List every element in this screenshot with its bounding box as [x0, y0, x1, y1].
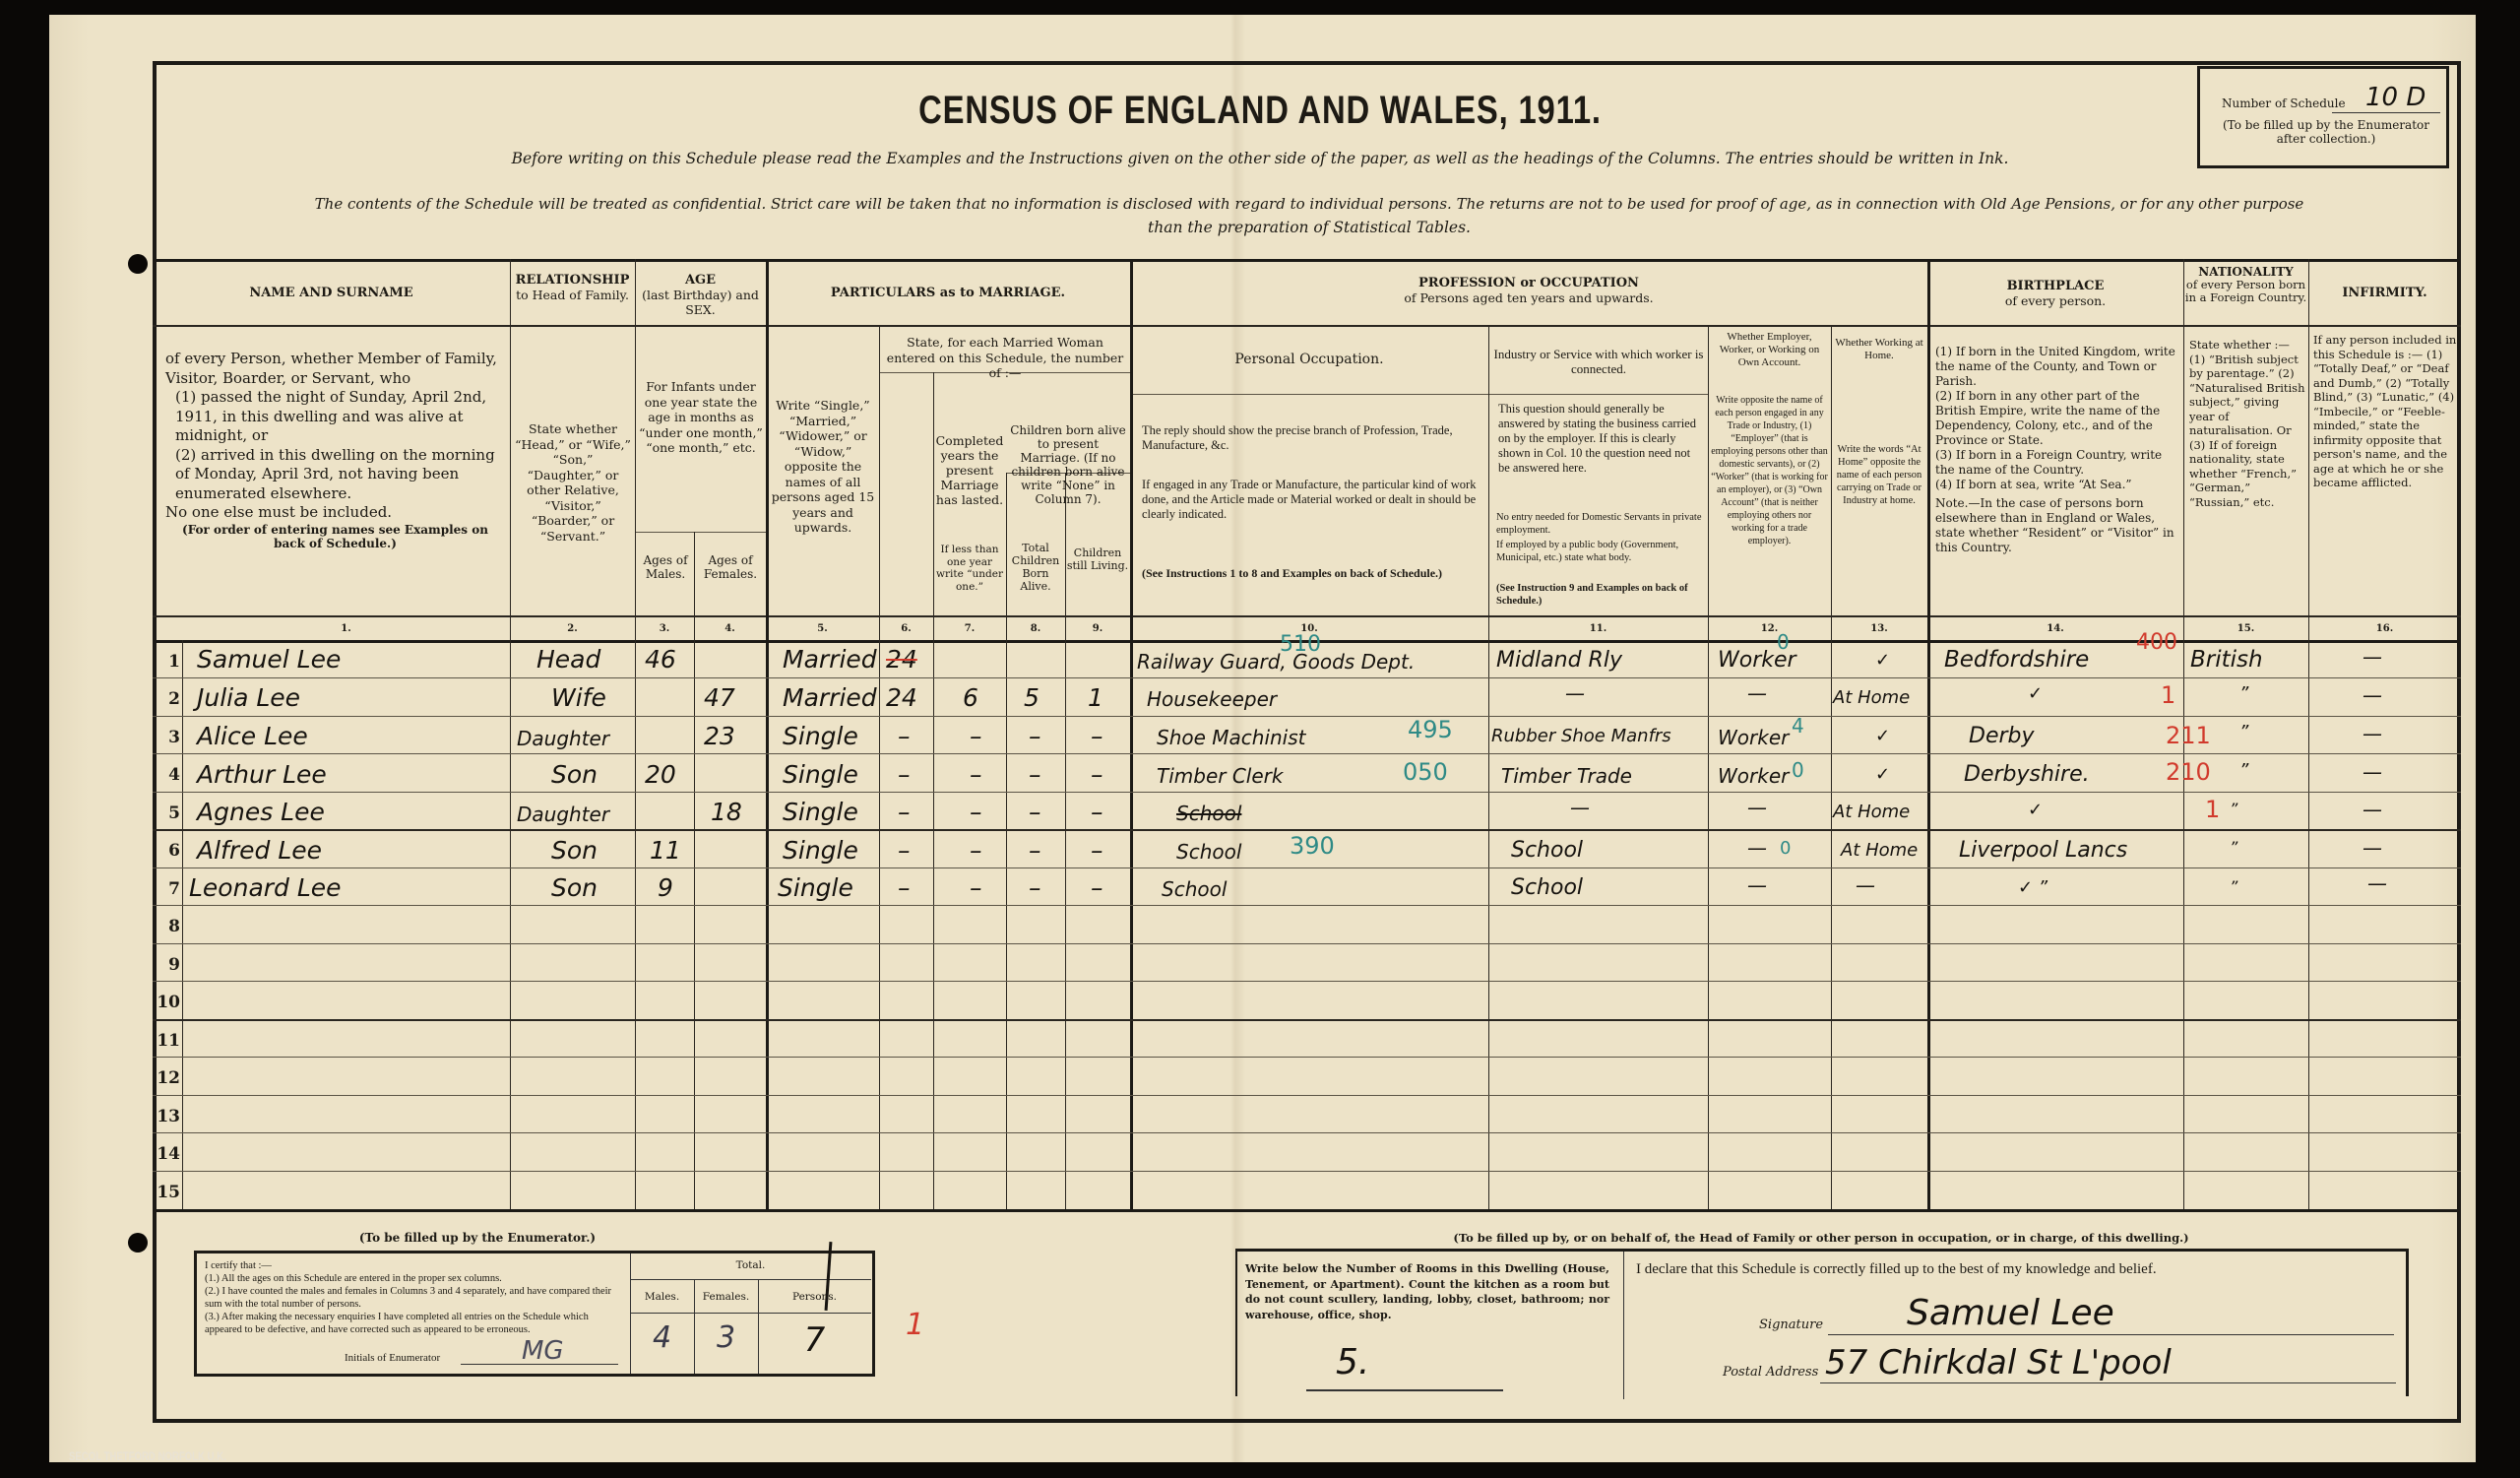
row-number: 9 [155, 955, 180, 975]
cell-age-male[interactable]: 46 [645, 645, 676, 674]
row-line [153, 792, 2461, 793]
cell-infirmity[interactable]: — [2362, 683, 2382, 707]
col-line [879, 325, 880, 1209]
employer-code: 0 [1777, 630, 1790, 654]
industry-instructions-4: (See Instruction 9 and Examples on back … [1496, 583, 1705, 608]
row-line [153, 829, 2461, 831]
occupation-heading: PROFESSION or OCCUPATION [1418, 276, 1639, 290]
males-label: Males. [630, 1291, 694, 1303]
cell-industry[interactable]: School [1511, 838, 1583, 863]
cell-employer[interactable]: — [1747, 873, 1767, 897]
column-number: 9. [1065, 623, 1130, 634]
row-number: 10 [155, 993, 180, 1012]
married-woman-heading: State, for each Married Woman entered on… [884, 335, 1126, 381]
cell-industry[interactable]: — [1565, 681, 1585, 705]
total-born-heading: Total Children Born Alive. [1007, 542, 1064, 593]
row-line [153, 753, 2461, 754]
row-number: 1 [155, 652, 180, 672]
cell-nationality[interactable]: British [2190, 647, 2263, 673]
column-number: 12. [1708, 623, 1831, 634]
infirmity-instructions: If any person included in this Schedule … [2313, 333, 2457, 490]
cell-condition[interactable]: Single [783, 760, 858, 789]
total-label: Total. [630, 1259, 871, 1271]
cell-employer[interactable]: — [1747, 681, 1767, 705]
row-line [153, 1132, 2461, 1133]
personal-occupation-instructions-2: If engaged in any Trade or Manufacture, … [1142, 478, 1481, 522]
heading-age: AGE (last Birthday) and SEX. [635, 273, 766, 317]
column-number: 4. [694, 623, 766, 634]
birthplace-code: 1 [2161, 681, 2175, 709]
col-line [1927, 259, 1930, 1209]
cell-industry[interactable]: — [1570, 796, 1590, 819]
cell-at-home[interactable]: ✓ [1875, 650, 1890, 671]
cell-still-living[interactable]: – [1029, 836, 1041, 865]
cell-nationality[interactable]: ” [2239, 760, 2248, 781]
divider [153, 325, 2461, 327]
nationality-subheading: of every Person born in a Foreign Countr… [2183, 279, 2308, 304]
cell-still-living[interactable]: – [1029, 760, 1041, 789]
occupation-code: 050 [1403, 758, 1448, 786]
cell-infirmity[interactable]: — [2362, 836, 2382, 860]
cell-name[interactable]: Samuel Lee [197, 645, 341, 674]
cell-occupation[interactable]: Railway Guard, Goods Dept. [1137, 650, 1415, 674]
schedule-number-note: (To be filled up by the Enumerator after… [2210, 118, 2442, 146]
col-line [1708, 325, 1709, 1209]
females-total[interactable]: 3 [694, 1320, 758, 1355]
nationality-heading: NATIONALITY [2198, 265, 2293, 279]
row-number: 5 [155, 803, 180, 823]
ages-males-label: Ages of Males. [638, 553, 693, 581]
personal-occupation-instructions-3: (See Instructions 1 to 8 and Examples on… [1142, 566, 1481, 581]
certification-text: I certify that :— (1.) All the ages on t… [205, 1259, 623, 1336]
signature-label: Signature [1759, 1317, 1823, 1332]
heading-birthplace: BIRTHPLACE of every person. [1927, 279, 2183, 308]
cell-occupation[interactable]: Timber Clerk [1157, 764, 1283, 788]
persons-total[interactable]: 7 [758, 1320, 871, 1360]
column-number: 2. [510, 623, 635, 634]
column-number: 3. [635, 623, 694, 634]
relationship-instructions: State whether “Head,” or “Wife,” “Son,” … [514, 421, 632, 544]
cell-name[interactable]: Alice Lee [197, 722, 308, 750]
cell-birthplace[interactable]: ✓ [2028, 683, 2043, 704]
col-line [635, 259, 636, 1209]
row-line [153, 1057, 2461, 1058]
column-number: 11. [1488, 623, 1708, 634]
row-number: 6 [155, 841, 180, 861]
birthplace-heading: BIRTHPLACE [2007, 279, 2105, 293]
name-instruction-text: (2) arrived in this dwelling on the morn… [165, 446, 505, 504]
divider [153, 259, 2461, 262]
confidential-line: The contents of the Schedule will be tre… [167, 195, 2451, 213]
cell-birthplace[interactable]: Bedfordshire [1944, 647, 2089, 673]
column-number: 6. [879, 623, 933, 634]
birthplace-instruction-text: (4) If born at sea, write “At Sea.” [1935, 478, 2179, 492]
divider [153, 1209, 2461, 1212]
cell-nationality[interactable]: ” [2230, 800, 2237, 818]
birthplace-code: 211 [2166, 722, 2211, 749]
enumerator-heading: (To be filled up by the Enumerator.) [192, 1231, 763, 1245]
row-number: 7 [155, 879, 180, 899]
initials-value[interactable]: MG [522, 1336, 564, 1366]
employer-code: 0 [1792, 758, 1804, 782]
age-subheading: (last Birthday) and SEX. [635, 288, 766, 317]
birthplace-code: 400 [2136, 630, 2177, 655]
cell-nationality[interactable]: ” [2239, 722, 2248, 742]
cell-infirmity[interactable]: — [2367, 871, 2387, 895]
cell-condition[interactable]: Single [783, 836, 858, 865]
industry-instructions-3: If employed by a public body (Government… [1496, 540, 1705, 564]
head-of-family-box: Write below the Number of Rooms in this … [1235, 1249, 2409, 1396]
col-line [1065, 473, 1066, 1209]
heading-name: NAME AND SURNAME [153, 286, 510, 300]
cell-at-home[interactable]: At Home [1833, 687, 1910, 708]
cell-years-married[interactable]: – [898, 873, 911, 902]
row-number: 13 [155, 1107, 180, 1126]
cell-age-female[interactable]: 47 [704, 683, 735, 712]
heading-infirmity: INFIRMITY. [2308, 286, 2461, 300]
cell-employer[interactable]: Worker [1718, 764, 1789, 788]
cell-birthplace[interactable]: Derbyshire. [1964, 762, 2090, 787]
birthplace-instruction-text: Note.—In the case of persons born elsewh… [1935, 496, 2179, 555]
cell-relationship[interactable]: Head [536, 645, 600, 674]
cell-total-born[interactable]: – [970, 836, 982, 865]
personal-occupation-instructions-1: The reply should show the precise branch… [1142, 423, 1481, 453]
cell-birthplace[interactable]: ✓ [2028, 800, 2043, 820]
row-line [153, 1095, 2461, 1096]
divider [635, 532, 766, 533]
postal-address-label: Postal Address [1723, 1365, 1818, 1380]
cell-died[interactable]: – [1091, 873, 1103, 902]
cell-name[interactable]: Arthur Lee [197, 760, 327, 789]
cell-died[interactable]: – [1091, 798, 1103, 826]
row-number: 15 [155, 1183, 180, 1202]
column-number: 8. [1006, 623, 1065, 634]
rooms-instructions: Write below the Number of Rooms in this … [1245, 1261, 1609, 1322]
personal-occupation-heading: Personal Occupation. [1132, 353, 1486, 368]
cell-still-living[interactable]: – [1029, 722, 1041, 750]
occupation-code: 390 [1290, 832, 1335, 860]
cell-years-married[interactable]: – [898, 836, 911, 865]
col-line [1130, 259, 1133, 1209]
birthplace-instruction-text: (2) If born in any other part of the Bri… [1935, 389, 2179, 448]
employer-heading: Whether Employer, Worker, or Working on … [1710, 331, 1829, 369]
cell-relationship[interactable]: Daughter [517, 727, 609, 750]
cell-condition[interactable]: Single [783, 722, 858, 750]
col-line [2308, 259, 2309, 1209]
cell-at-home[interactable]: At Home [1833, 802, 1910, 822]
declaration-text: I declare that this Schedule is correctl… [1636, 1261, 2404, 1278]
age-infant-instructions: For Infants under one year state the age… [638, 379, 764, 456]
row-number: 11 [155, 1031, 180, 1051]
column-number: 16. [2308, 623, 2461, 634]
cell-nationality[interactable]: ” [2230, 877, 2237, 896]
employer-instructions: Write opposite the name of each person e… [1710, 394, 1829, 547]
cell-condition[interactable]: Single [783, 798, 858, 826]
cell-at-home[interactable]: — [1856, 873, 1875, 897]
row-line [153, 716, 2461, 717]
years-married-heading: Completed years the present Marriage has… [935, 433, 1004, 507]
row-line [153, 905, 2461, 906]
certify-item: (3.) After making the necessary enquirie… [205, 1311, 623, 1336]
cell-years-married[interactable]: 24 [886, 683, 917, 712]
cell-relationship[interactable]: Wife [551, 683, 606, 712]
cell-at-home[interactable]: ✓ [1875, 726, 1890, 746]
name-instruction-text: of every Person, whether Member of Famil… [165, 350, 505, 388]
scan-credit: SECOL THETFORD NORFOLK U.K. [69, 1449, 226, 1463]
cell-at-home[interactable]: At Home [1841, 840, 1918, 861]
home-heading: Whether Working at Home. [1833, 337, 1925, 362]
col-line [1831, 325, 1832, 1209]
cell-occupation[interactable]: Shoe Machinist [1157, 726, 1306, 749]
occupation-subheading: of Persons aged ten years and upwards. [1130, 290, 1927, 305]
red-mark: 1 [906, 1308, 924, 1342]
row-number: 4 [155, 765, 180, 785]
relationship-subheading: to Head of Family. [510, 288, 635, 302]
cell-age-male[interactable]: 20 [645, 760, 676, 789]
cell-infirmity[interactable]: — [2362, 645, 2382, 669]
cell-still-living[interactable]: – [1029, 798, 1041, 826]
cell-age-female[interactable]: 18 [711, 798, 742, 826]
cell-condition[interactable]: Married [783, 683, 877, 712]
col-line [182, 640, 183, 1209]
employer-code: 4 [1792, 714, 1804, 738]
schedule-number-box: Number of Schedule 10 D (To be filled up… [2197, 66, 2449, 168]
industry-heading: Industry or Service with which worker is… [1491, 347, 1706, 376]
children-heading: Children born alive to present Marriage.… [1009, 423, 1127, 506]
row-number: 12 [155, 1068, 180, 1088]
ages-females-label: Ages of Females. [697, 553, 764, 581]
cell-birthplace[interactable]: ✓ ” [2018, 877, 2047, 898]
nationality-instructions: State whether :— (1) “British subject by… [2189, 338, 2305, 509]
cell-total-born[interactable]: – [970, 722, 982, 750]
cell-still-living[interactable]: 5 [1024, 683, 1039, 712]
cell-name[interactable]: Julia Lee [197, 683, 300, 712]
divider [153, 615, 2461, 617]
cell-occupation[interactable]: School [1162, 877, 1227, 901]
column-number: 15. [2183, 623, 2308, 634]
name-instructions: of every Person, whether Member of Famil… [165, 350, 505, 550]
cell-age-male[interactable]: 11 [650, 836, 681, 865]
cell-industry[interactable]: Rubber Shoe Manfrs [1491, 726, 1671, 746]
certify-item: (2.) I have counted the males and female… [205, 1285, 623, 1311]
row-number: 14 [155, 1144, 180, 1164]
cell-nationality[interactable]: ” [2239, 683, 2248, 704]
age-heading: AGE [685, 273, 716, 288]
cell-name[interactable]: Alfred Lee [197, 836, 322, 865]
cell-birthplace[interactable]: Liverpool Lancs [1959, 838, 2127, 863]
row-number: 8 [155, 917, 180, 936]
birthplace-instruction-text: (1) If born in the United Kingdom, write… [1935, 345, 2179, 389]
column-number: 7. [933, 623, 1006, 634]
cell-years-married[interactable]: 24 [886, 645, 917, 674]
cell-died[interactable]: 1 [1088, 683, 1103, 712]
confidential-line-2: than the preparation of Statistical Tabl… [167, 219, 2451, 236]
birthplace-subheading: of every person. [1927, 293, 2183, 308]
cell-died[interactable]: – [1091, 760, 1103, 789]
cell-total-born[interactable]: – [970, 760, 982, 789]
cell-relationship[interactable]: Son [551, 873, 598, 902]
cell-industry[interactable]: Midland Rly [1496, 648, 1622, 673]
punch-hole [128, 254, 148, 274]
birthplace-code: 210 [2166, 758, 2211, 786]
row-number: 3 [155, 728, 180, 747]
birthplace-code: 1 [2205, 796, 2220, 823]
column-number: 1. [182, 623, 510, 634]
heading-occupation: PROFESSION or OCCUPATION of Persons aged… [1130, 276, 1927, 305]
cell-industry[interactable]: School [1511, 875, 1583, 900]
cell-occupation[interactable]: School [1176, 840, 1241, 864]
cell-occupation[interactable]: School [1176, 802, 1241, 825]
row-line [153, 1171, 2461, 1172]
cell-employer[interactable]: — [1747, 836, 1767, 860]
cell-age-male[interactable]: 9 [658, 873, 673, 902]
cell-industry[interactable]: Timber Trade [1501, 764, 1632, 788]
cell-still-living[interactable]: – [1029, 873, 1041, 902]
row-line [153, 943, 2461, 944]
heading-marriage: PARTICULARS as to MARRIAGE. [766, 286, 1130, 300]
birthplace-instructions: (1) If born in the United Kingdom, write… [1935, 345, 2179, 555]
heading-relationship: RELATIONSHIP to Head of Family. [510, 273, 635, 302]
cell-condition[interactable]: Single [778, 873, 853, 902]
instruction-line: Before writing on this Schedule please r… [295, 150, 2225, 167]
cell-total-born[interactable]: 6 [963, 683, 978, 712]
cell-years-married[interactable]: – [898, 760, 911, 789]
column-number: 5. [766, 623, 879, 634]
cell-died[interactable]: – [1091, 722, 1103, 750]
birthplace-instruction-text: (3) If born in a Foreign Country, write … [1935, 448, 2179, 478]
page-title: CENSUS OF ENGLAND AND WALES, 1911. [226, 89, 2293, 133]
heading-nationality: NATIONALITY of every Person born in a Fo… [2183, 266, 2308, 304]
row-line [153, 981, 2461, 982]
col-line [933, 372, 934, 1209]
cell-died[interactable]: – [1091, 836, 1103, 865]
males-total[interactable]: 4 [630, 1320, 694, 1355]
cell-years-married[interactable]: – [898, 722, 911, 750]
cell-nationality[interactable]: ” [2230, 838, 2237, 857]
still-living-heading: Children still Living. [1066, 546, 1129, 572]
row-number: 2 [155, 689, 180, 709]
relationship-heading: RELATIONSHIP [516, 273, 630, 288]
cell-infirmity[interactable]: — [2362, 760, 2382, 784]
industry-instructions-2: No entry needed for Domestic Servants in… [1496, 512, 1705, 537]
cell-birthplace[interactable]: Derby [1969, 724, 2035, 748]
condition-instructions: Write “Single,” “Married,” “Widower,” or… [769, 398, 877, 536]
cell-name[interactable]: Agnes Lee [197, 798, 325, 826]
cell-name[interactable]: Leonard Lee [189, 873, 342, 902]
cell-years-married[interactable]: – [898, 798, 911, 826]
column-number: 13. [1831, 623, 1927, 634]
cell-relationship[interactable]: Son [551, 836, 598, 865]
occupation-code: 495 [1408, 716, 1453, 743]
enumerator-box: I certify that :— (1.) All the ages on t… [194, 1251, 875, 1377]
col-line [510, 259, 511, 1209]
employer-code: 0 [1780, 838, 1791, 859]
name-instruction-text: No one else must be included. [165, 503, 505, 523]
schedule-number-value[interactable]: 10 D [2365, 83, 2425, 112]
cell-infirmity[interactable]: — [2362, 798, 2382, 821]
name-instruction-text: (1) passed the night of Sunday, April 2n… [165, 388, 505, 446]
occupation-code: 510 [1280, 632, 1321, 657]
punch-hole [128, 1233, 148, 1253]
cell-at-home[interactable]: ✓ [1875, 764, 1890, 785]
row-line [153, 868, 2461, 868]
home-instructions: Write the words “At Home” opposite the n… [1833, 443, 1925, 507]
row-line [153, 677, 2461, 678]
cell-relationship[interactable]: Son [551, 760, 598, 789]
postal-address-value[interactable]: 57 Chirkdal St L'pool [1825, 1343, 2172, 1382]
cell-employer[interactable]: — [1747, 796, 1767, 819]
cell-relationship[interactable]: Daughter [517, 803, 609, 826]
years-married-note: If less than one year write “under one.” [935, 544, 1004, 593]
name-instruction-text: (For order of entering names see Example… [165, 523, 505, 550]
cell-employer[interactable]: Worker [1718, 726, 1789, 749]
certify-item: (1.) All the ages on this Schedule are e… [205, 1272, 623, 1285]
industry-instructions-1: This question should generally be answer… [1498, 402, 1703, 476]
females-label: Females. [694, 1291, 758, 1303]
row-line [153, 1019, 2461, 1021]
schedule-frame [153, 61, 2461, 1423]
cell-total-born[interactable]: – [970, 873, 982, 902]
cell-total-born[interactable]: – [970, 798, 982, 826]
cell-occupation[interactable]: Housekeeper [1147, 687, 1277, 711]
schedule-number-label: Number of Schedule [2222, 96, 2346, 110]
cell-infirmity[interactable]: — [2362, 722, 2382, 745]
cell-age-female[interactable]: 23 [704, 722, 735, 750]
divider [1130, 394, 1708, 395]
initials-label: Initials of Enumerator [345, 1352, 440, 1364]
signature-value[interactable]: Samuel Lee [1907, 1293, 2114, 1333]
cell-condition[interactable]: Married [783, 645, 877, 674]
persons-label: Persons. [758, 1291, 871, 1303]
head-of-family-heading: (To be filled up by, or on behalf of, th… [1230, 1231, 2412, 1245]
col-line [1488, 325, 1489, 1209]
certify-intro: I certify that :— [205, 1259, 623, 1272]
rooms-value[interactable]: 5. [1336, 1342, 1369, 1382]
